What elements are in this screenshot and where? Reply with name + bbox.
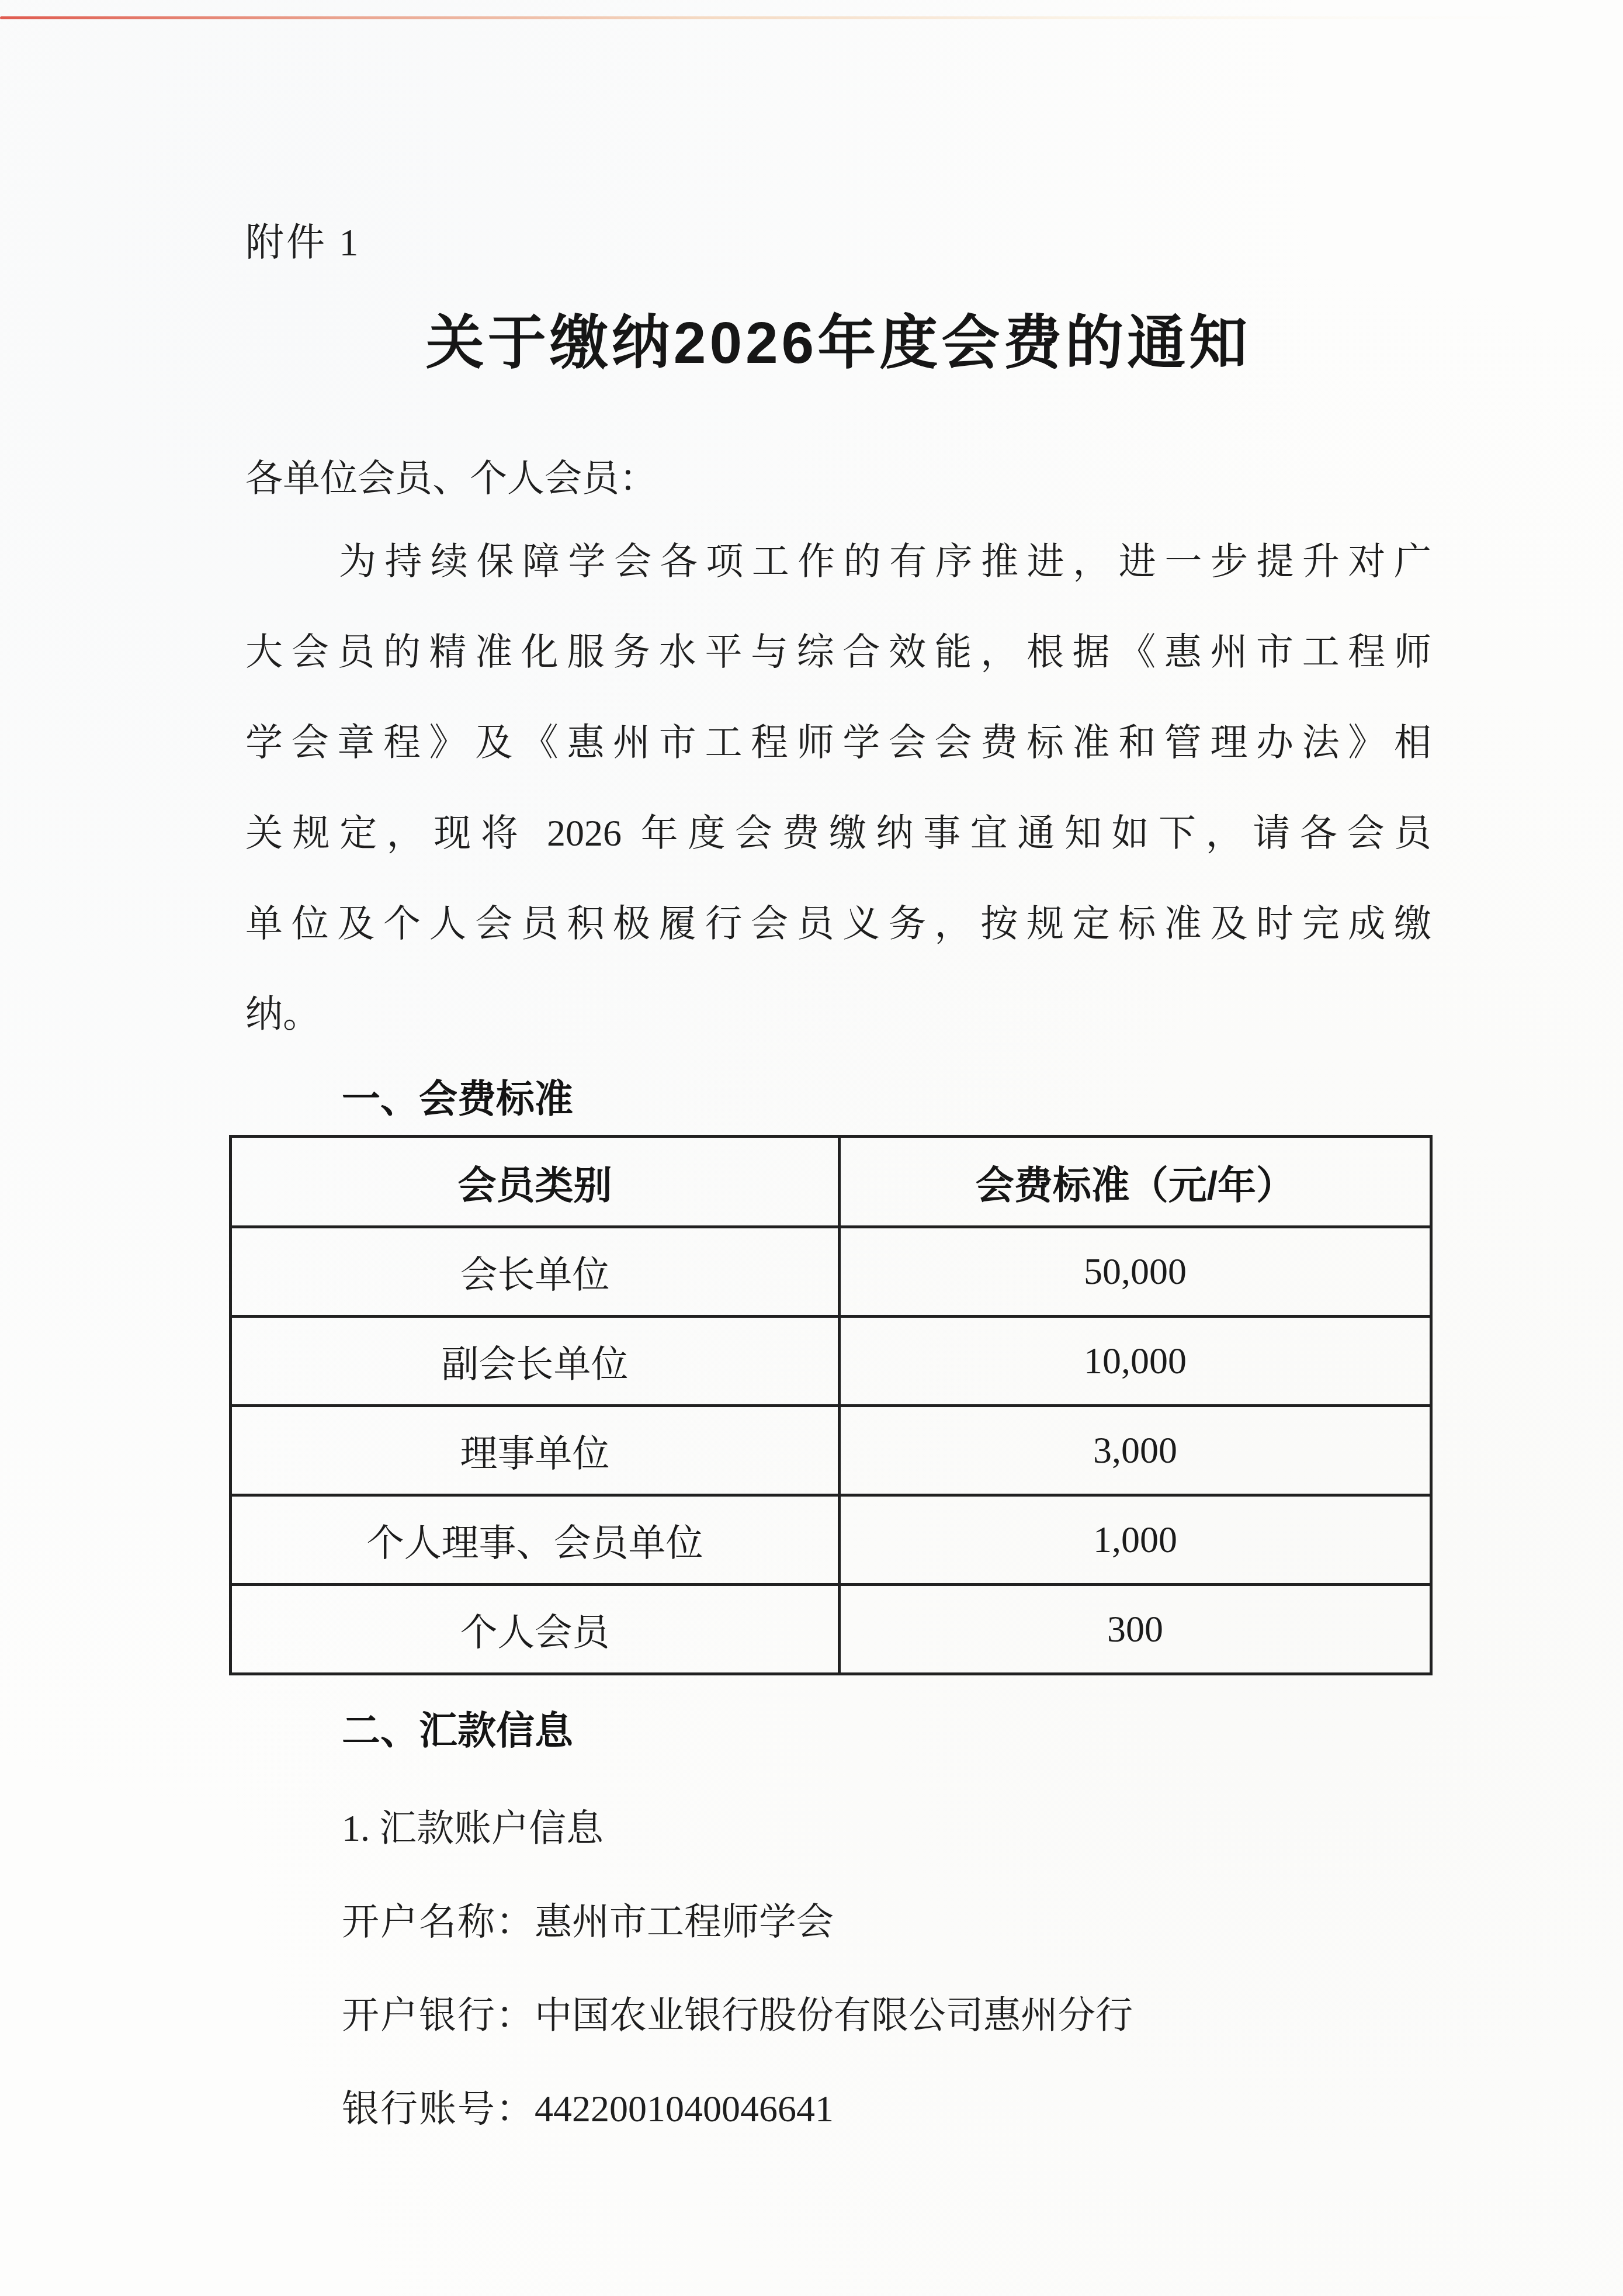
table-row: 会长单位 50,000 [231,1227,1431,1317]
account-number-value: 4422001040046641 [535,2088,834,2129]
account-name-value: 惠州市工程师学会 [535,1901,834,1942]
fee-table-header-row: 会员类别 会费标准（元/年） [231,1137,1431,1227]
table-row: 副会长单位 10,000 [231,1317,1431,1406]
member-category-cell: 理事单位 [231,1406,840,1495]
bank-name-line: 开户银行：中国农业银行股份有限公司惠州分行 [342,1997,1431,2034]
paragraph-line: 学会章程》及《惠州市工程师学会会费标准和管理办法》相 [245,697,1431,788]
account-number-label: 银行账号： [342,2088,535,2129]
table-row: 个人会员 300 [231,1585,1431,1674]
body-paragraph: 为持续保障学会各项工作的有序推进，进一步提升对广 大会员的精准化服务水平与综合效… [245,516,1431,1059]
account-number-line: 银行账号：4422001040046641 [342,2090,1431,2128]
table-row: 理事单位 3,000 [231,1406,1431,1495]
paragraph-line: 关规定，现将 2026 年度会费缴纳事宜通知如下，请各会员 [245,788,1431,878]
member-category-cell: 会长单位 [231,1227,840,1317]
member-category-cell: 副会长单位 [231,1317,840,1406]
member-category-cell: 个人理事、会员单位 [231,1495,840,1585]
paragraph-line: 纳。 [245,969,1431,1059]
table-row: 个人理事、会员单位 1,000 [231,1495,1431,1585]
fee-table-header-standard: 会费标准（元/年） [839,1137,1431,1227]
salutation: 各单位会员、个人会员： [245,460,1431,497]
remittance-item1: 1. 汇款账户信息 [342,1810,1431,1847]
attachment-label: 附件 1 [245,224,1431,262]
bank-value: 中国农业银行股份有限公司惠州分行 [535,1994,1133,2036]
fee-amount-cell: 1,000 [839,1495,1431,1585]
fee-amount-cell: 300 [839,1585,1431,1674]
paragraph-line: 为持续保障学会各项工作的有序推进，进一步提升对广 [245,516,1431,607]
fee-amount-cell: 10,000 [839,1317,1431,1406]
section1-heading: 一、会费标准 [342,1076,1431,1122]
document-content: 附件 1 关于缴纳2026年度会费的通知 各单位会员、个人会员： 为持续保障学会… [245,0,1431,2128]
fee-amount-cell: 50,000 [839,1227,1431,1317]
account-name-label: 开户名称： [342,1901,535,1942]
document-title: 关于缴纳2026年度会费的通知 [245,314,1431,372]
member-category-cell: 个人会员 [231,1585,840,1674]
paragraph-line: 大会员的精准化服务水平与综合效能，根据《惠州市工程师 [245,607,1431,697]
account-name-line: 开户名称：惠州市工程师学会 [342,1903,1431,1941]
document-page: 附件 1 关于缴纳2026年度会费的通知 各单位会员、个人会员： 为持续保障学会… [0,0,1623,2296]
bank-label: 开户银行： [342,1994,535,2036]
fee-amount-cell: 3,000 [839,1406,1431,1495]
fee-table: 会员类别 会费标准（元/年） 会长单位 50,000 副会长单位 10,000 … [229,1135,1433,1675]
fee-table-header-category: 会员类别 [231,1137,840,1227]
section2-heading: 二、汇款信息 [342,1708,1431,1754]
paragraph-line: 单位及个人会员积极履行会员义务，按规定标准及时完成缴 [245,878,1431,969]
